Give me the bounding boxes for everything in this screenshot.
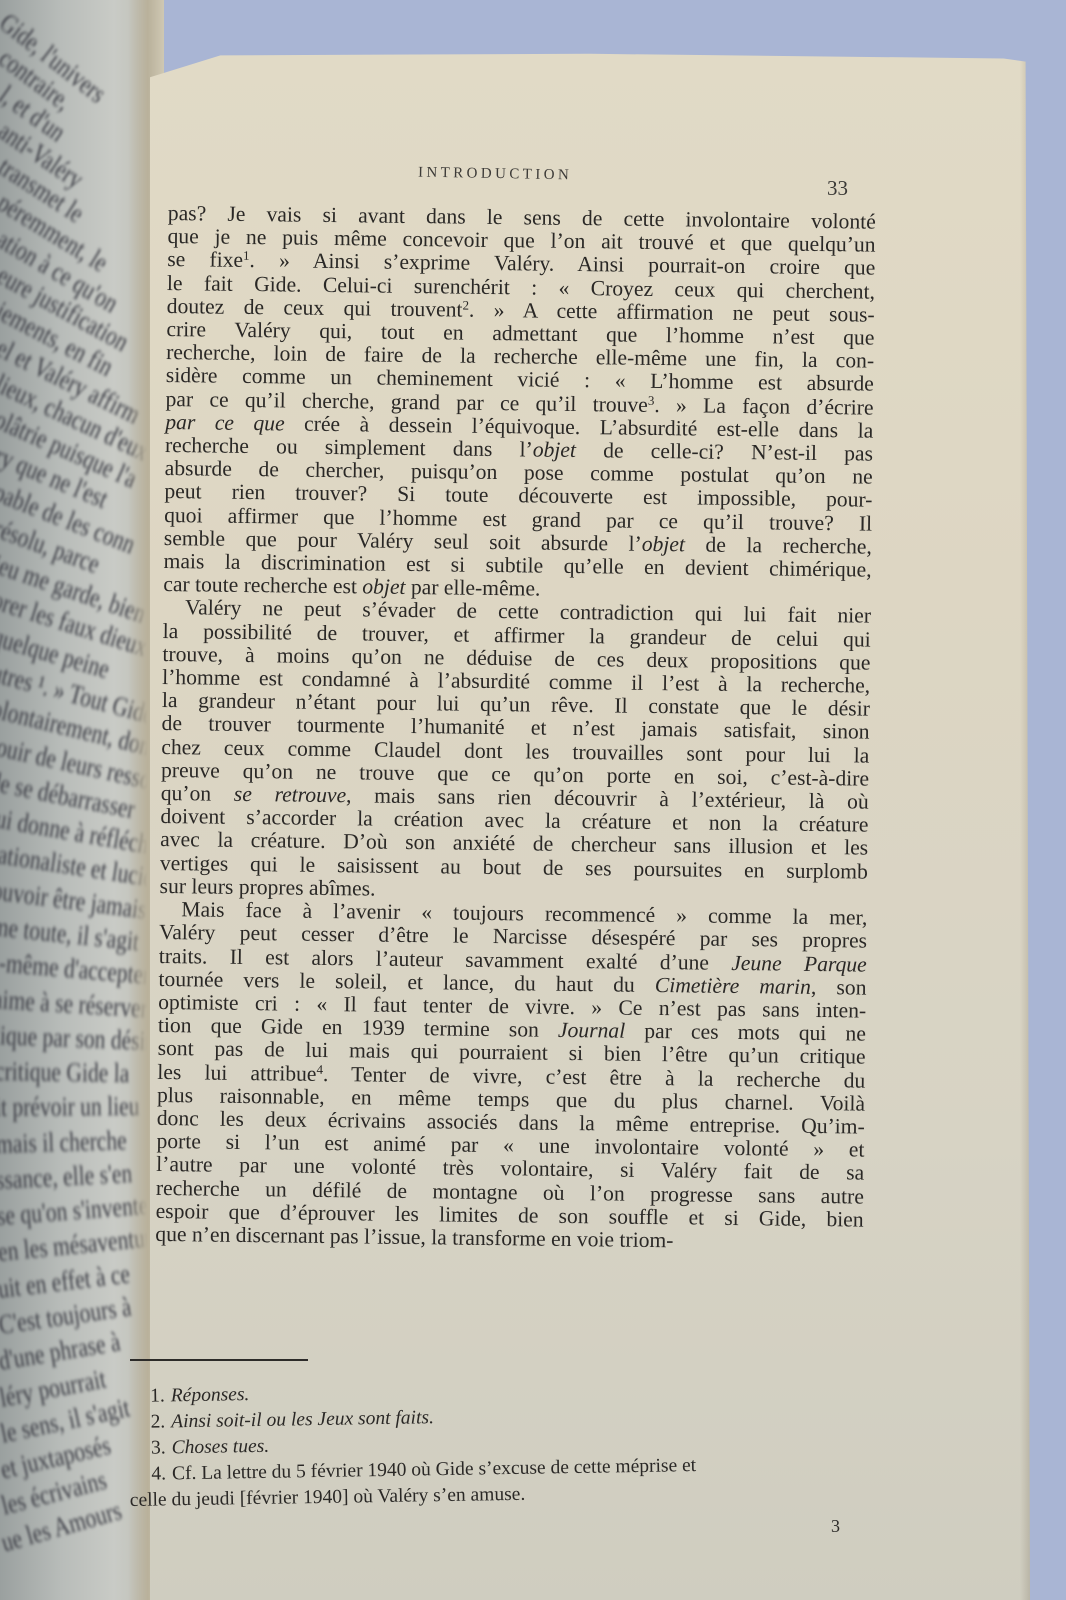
facing-page-text-fragment: mais il cherche — [0, 1125, 127, 1160]
footnotes: 1.Réponses.2.Ainsi soit-il ou les Jeux s… — [128, 1371, 930, 1514]
page-number: 33 — [827, 176, 848, 201]
facing-page-text-fragment: aime à se réserver — [0, 984, 149, 1024]
body-text: pas? Je vais si avant dans le sens de ce… — [155, 202, 876, 1255]
facing-page-text-fragment: it prévoir un lieu — [0, 1091, 140, 1123]
paragraph: Valéry ne peut s’évader de cette contrad… — [159, 596, 871, 906]
footnote-text: Choses tues. — [171, 1436, 269, 1459]
facing-page-text-fragment: ssance, elle s'en — [0, 1158, 133, 1196]
running-head: INTRODUCTION — [418, 165, 572, 185]
footnote-text: Ainsi soit-il ou les Jeux sont faits. — [171, 1407, 434, 1432]
paragraph: pas? Je vais si avant dans le sens de ce… — [163, 202, 876, 605]
paragraph: Mais face à l’avenir « toujours recommen… — [155, 898, 867, 1255]
footnote-number: 2. — [150, 1411, 165, 1432]
footnote-text: Réponses. — [171, 1384, 250, 1406]
signature-mark: 3 — [831, 1516, 840, 1537]
footnote-number: 3. — [151, 1437, 166, 1458]
footnote-text: Cf. La lettre du 5 février 1940 où Gide … — [172, 1455, 696, 1484]
footnote-separator — [130, 1359, 308, 1361]
facing-page-text-fragment: critique Gide la — [0, 1056, 129, 1089]
footnote-number: 4. — [151, 1463, 166, 1484]
footnote-number: 1. — [150, 1385, 165, 1406]
